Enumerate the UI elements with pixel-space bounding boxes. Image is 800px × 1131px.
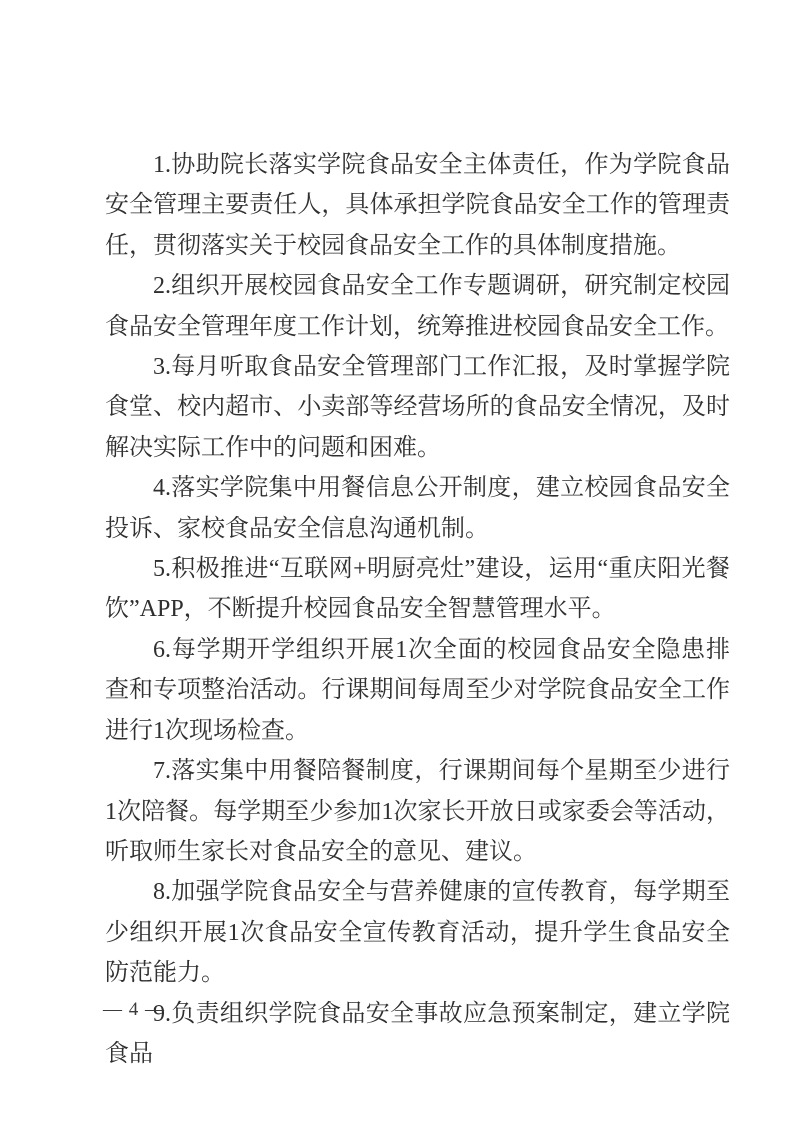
paragraph-4: 4.落实学院集中用餐信息公开制度，建立校园食品安全投诉、家校食品安全信息沟通机制… [105,468,730,549]
paragraph-5: 5.积极推进“互联网+明厨亮灶”建设，运用“重庆阳光餐饮”APP，不断提升校园食… [105,549,730,630]
document-body: 1.协助院长落实学院食品安全主体责任，作为学院食品安全管理主要责任人，具体承担学… [105,145,730,1074]
paragraph-2: 2.组织开展校园食品安全工作专题调研，研究制定校园食品安全管理年度工作计划，统筹… [105,266,730,347]
paragraph-3: 3.每月听取食品安全管理部门工作汇报，及时掌握学院食堂、校内超市、小卖部等经营场… [105,347,730,468]
page-number: — 4 — [103,999,165,1021]
document-page: 1.协助院长落实学院食品安全主体责任，作为学院食品安全管理主要责任人，具体承担学… [0,0,800,1131]
paragraph-9: 9.负责组织学院食品安全事故应急预案制定，建立学院食品 [105,994,730,1075]
paragraph-7: 7.落实集中用餐陪餐制度，行课期间每个星期至少进行1次陪餐。每学期至少参加1次家… [105,751,730,872]
paragraph-1: 1.协助院长落实学院食品安全主体责任，作为学院食品安全管理主要责任人，具体承担学… [105,145,730,266]
paragraph-6: 6.每学期开学组织开展1次全面的校园食品安全隐患排查和专项整治活动。行课期间每周… [105,630,730,751]
paragraph-8: 8.加强学院食品安全与营养健康的宣传教育，每学期至少组织开展1次食品安全宣传教育… [105,872,730,993]
